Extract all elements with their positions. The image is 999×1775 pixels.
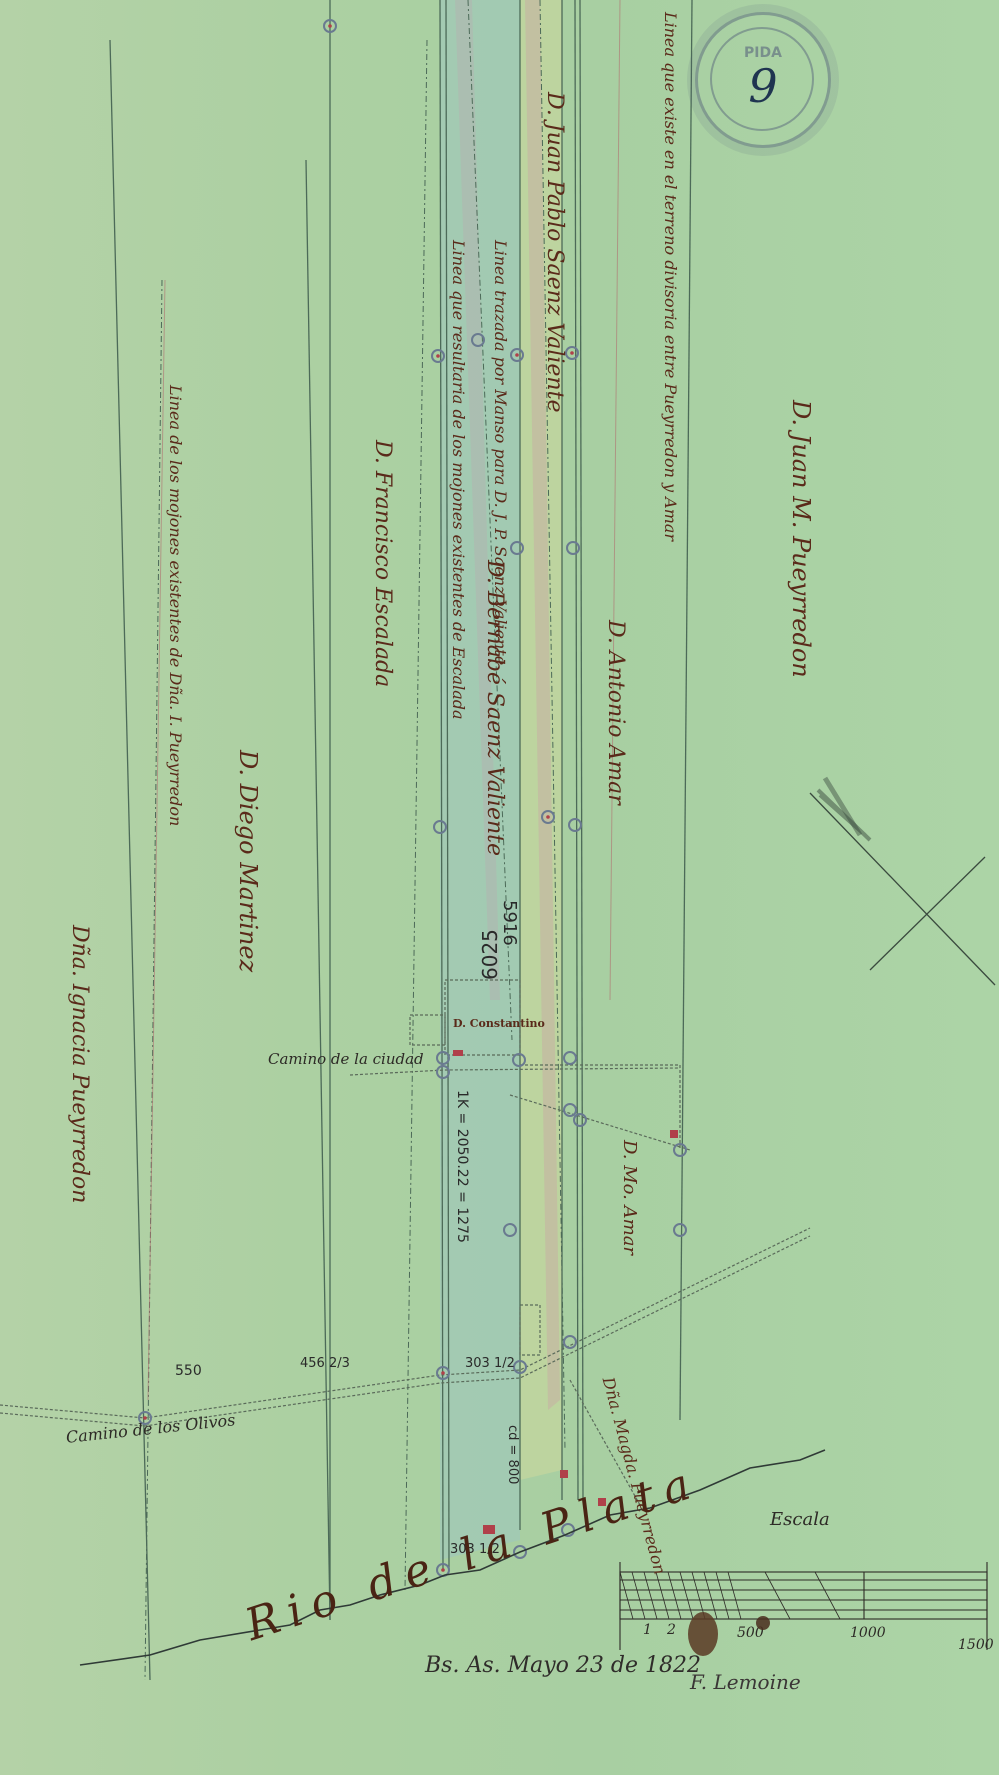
scale-tick-2: 2 <box>667 1622 676 1638</box>
scale-tick-1000: 1000 <box>850 1625 886 1641</box>
measurement-550: 550 <box>175 1363 202 1379</box>
measurement-6025: 6025 <box>478 929 502 980</box>
ink-blot-small <box>756 1616 770 1630</box>
owner-label-diego-martinez: D. Diego Martinez <box>234 750 262 972</box>
measurement-456: 456 2/3 <box>300 1356 350 1371</box>
line-label-resultaria: Linea que resultaria de los mojones exis… <box>449 240 468 720</box>
signature: F. Lemoine <box>690 1670 801 1694</box>
measurement-5916: 5916 <box>499 900 520 946</box>
owner-label-juan-m-pueyrredon: D. Juan M. Pueyrredon <box>787 400 815 678</box>
owner-label-bernabe-saenz-valiente: D. Bernabé Saenz Valiente <box>482 560 507 856</box>
scale-tick-1500: 1500 <box>958 1637 994 1653</box>
owner-label-juan-pablo-saenz-valiente: D. Juan Pablo Saenz Valiente <box>542 92 567 412</box>
archive-stamp: PIDA 9 <box>695 12 831 148</box>
scale-tick-1: 1 <box>643 1622 652 1638</box>
road-label-camino-ciudad: Camino de la ciudad <box>268 1050 424 1068</box>
line-label-mojones: Linea de los mojones existentes de Dña. … <box>166 385 185 826</box>
line-label-divisoria: Linea que existe en el terreno divisoria… <box>661 12 680 541</box>
owner-label-antonio-amar: D. Antonio Amar <box>603 620 628 805</box>
date-line: Bs. As. Mayo 23 de 1822 <box>425 1653 701 1678</box>
owner-label-mo-amar: D. Mo. Amar <box>619 1140 640 1255</box>
historical-survey-map: PIDA 9 Linea que existe en el terreno di… <box>0 0 999 1775</box>
owner-label-francisco-escalada: D. Francisco Escalada <box>370 440 395 687</box>
scale-title: Escala <box>770 1509 830 1530</box>
owner-label-ignacia-pueyrredon: Dña. Ignacia Pueyrredon <box>67 925 92 1203</box>
measurement-800: cd = 800 <box>505 1425 520 1484</box>
measurement-formula: 1K = 2050.22 = 1275 <box>454 1090 470 1243</box>
measurement-303-top: 303 1/2 <box>465 1356 515 1371</box>
sheet-number: 9 <box>698 59 828 113</box>
owner-label-constantino: D. Constantino <box>453 1017 545 1030</box>
ink-blot <box>688 1612 718 1656</box>
